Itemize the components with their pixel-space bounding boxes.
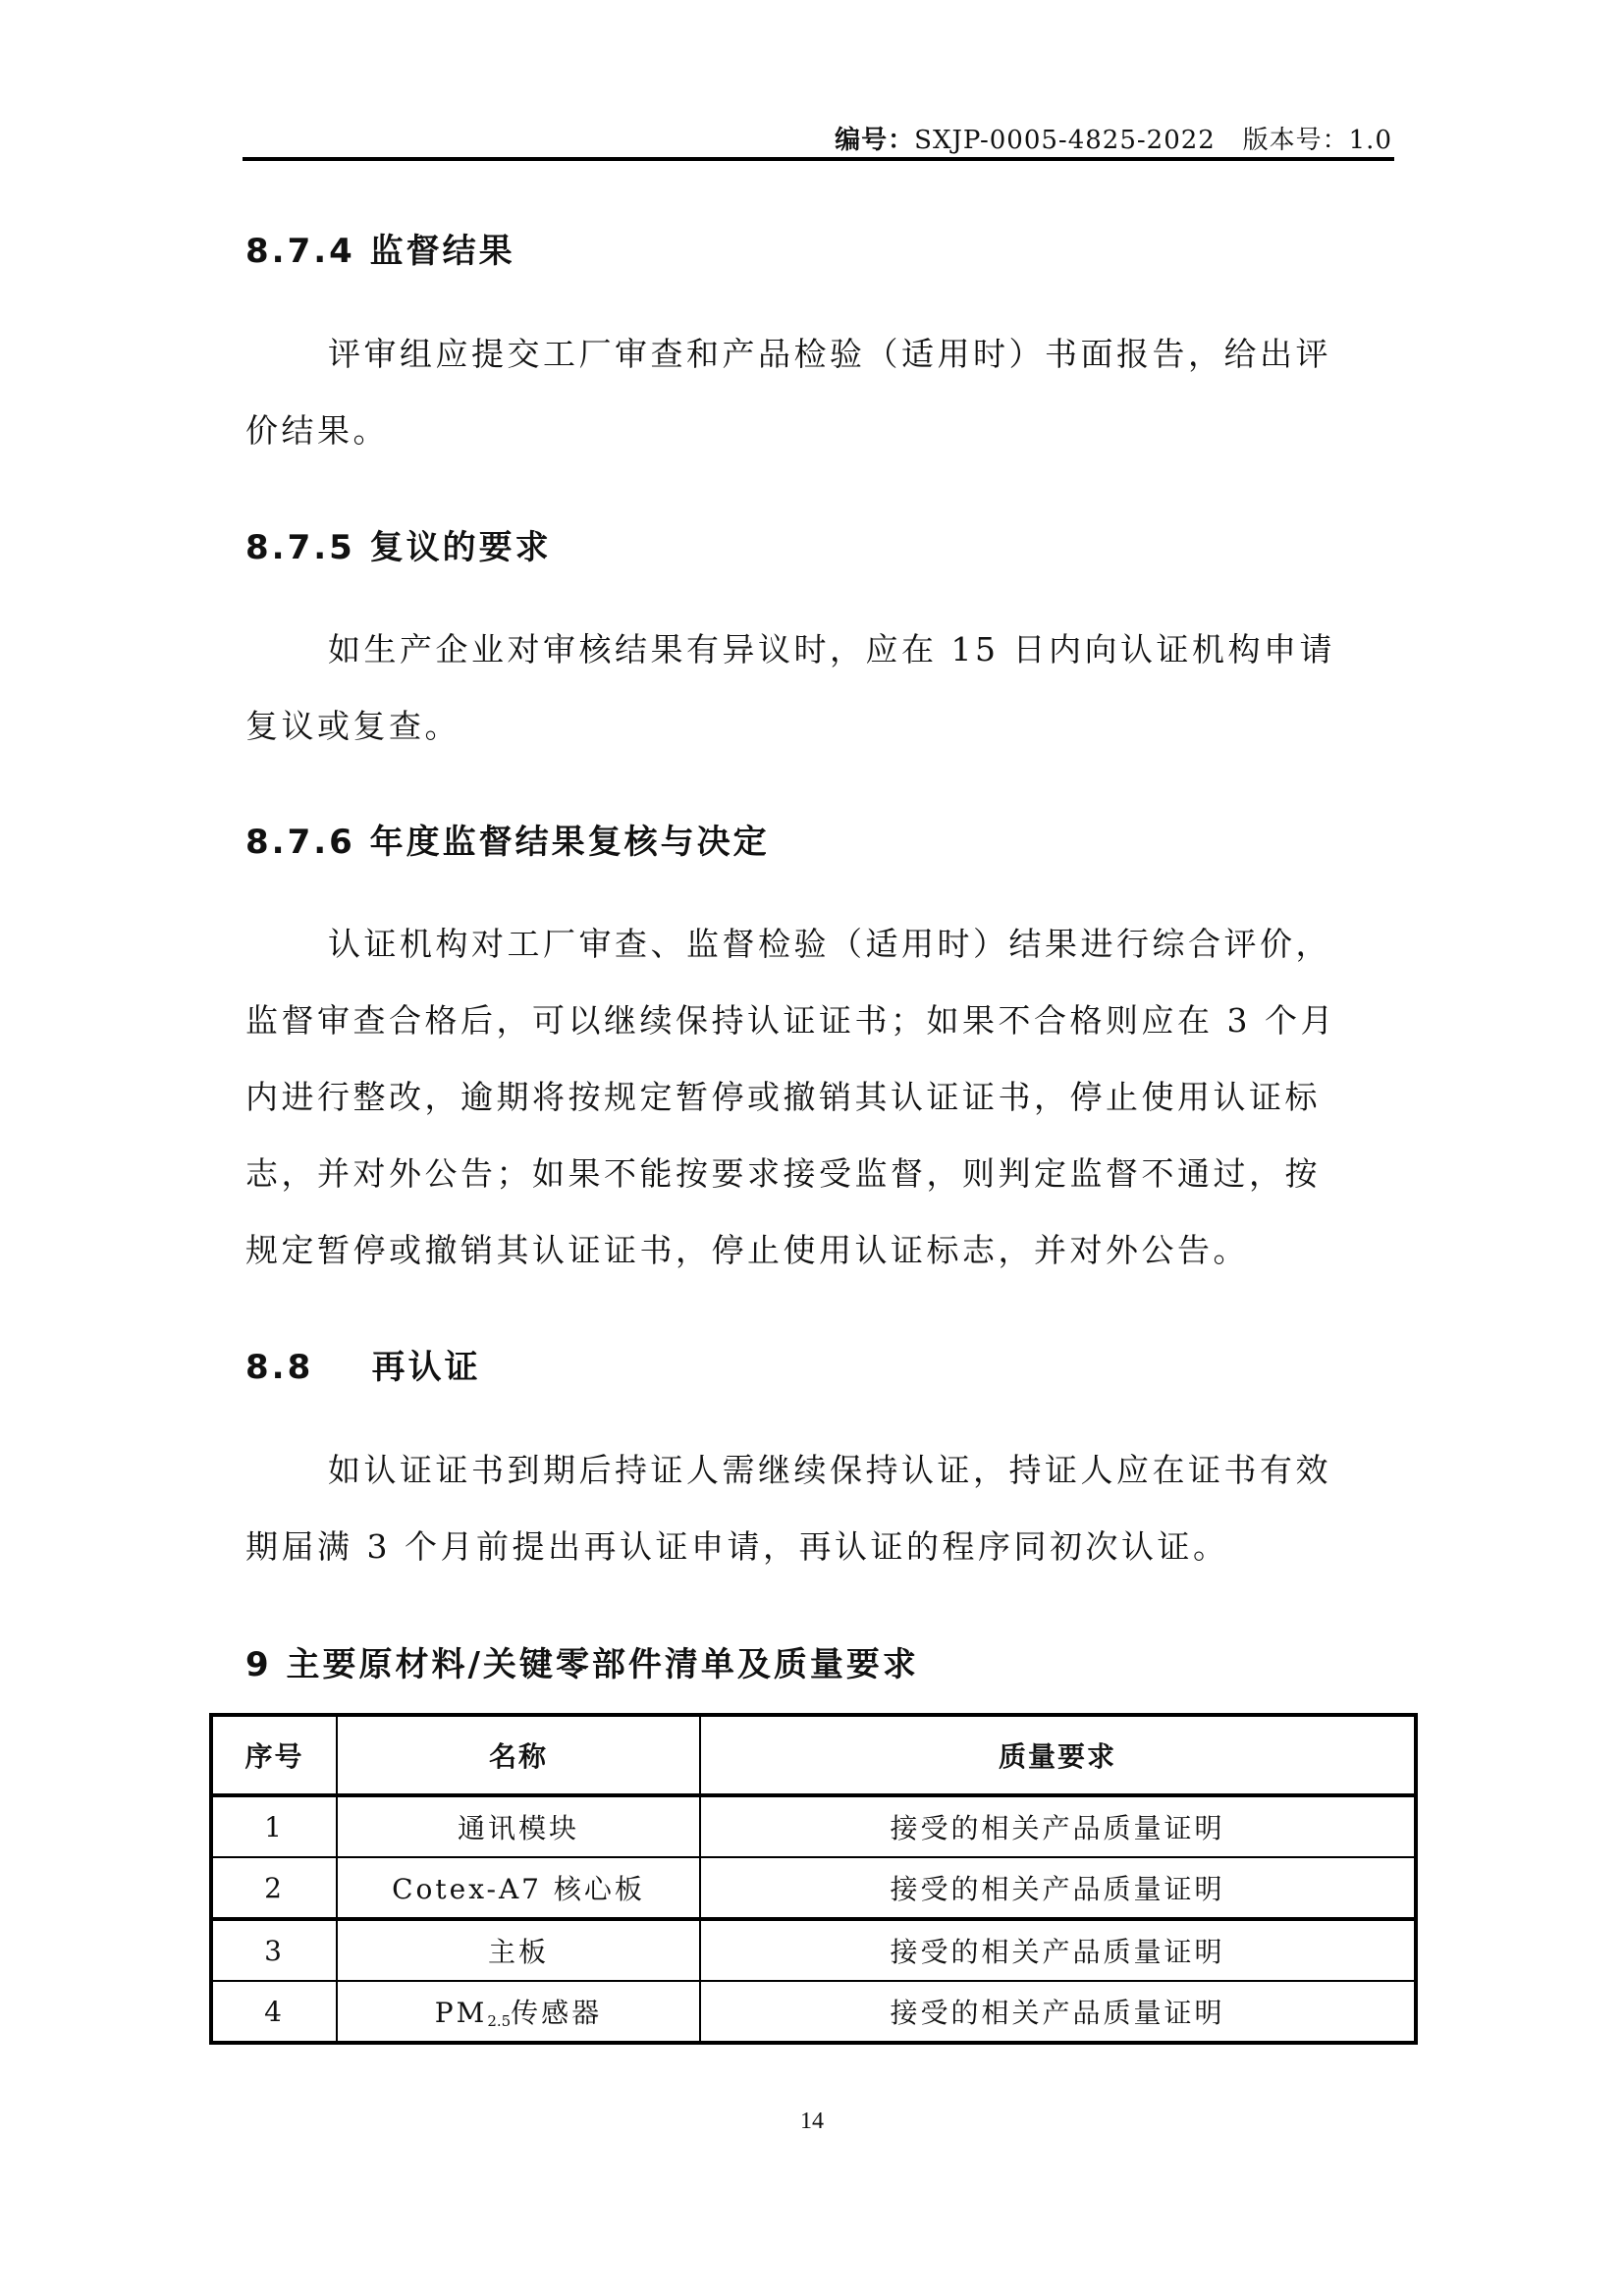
table-row: 3 主板 接受的相关产品质量证明	[211, 1919, 1416, 1981]
body-line: 志，并对外公告；如果不能按要求接受监督，则判定监督不通过，按	[245, 1136, 1394, 1212]
body-line: 价结果。	[245, 393, 1394, 469]
column-header-name: 名称	[337, 1715, 700, 1795]
cell-requirement: 接受的相关产品质量证明	[700, 1857, 1416, 1919]
section-heading-9: 9 主要原材料/关键零部件清单及质量要求	[245, 1637, 919, 1685]
body-line: 认证机构对工厂审查、监督检验（适用时）结果进行综合评价，	[245, 906, 1394, 983]
column-header-no: 序号	[211, 1715, 337, 1795]
body-line: 规定暂停或撤销其认证证书，停止使用认证标志，并对外公告。	[245, 1212, 1394, 1289]
header-rule	[243, 157, 1394, 161]
cell-name: 主板	[337, 1919, 700, 1981]
doc-number-label: 编号：	[835, 126, 914, 155]
cell-name: PM2.5传感器	[337, 1981, 700, 2043]
body-line: 内进行整改，逾期将按规定暂停或撤销其认证证书，停止使用认证标	[245, 1059, 1394, 1136]
section-heading-8-7-4: 8.7.4 监督结果	[245, 224, 515, 272]
section-heading-8-7-5: 8.7.5 复议的要求	[245, 520, 552, 568]
parts-table: 序号 名称 质量要求 1 通讯模块 接受的相关产品质量证明 2 Cotex-A7…	[209, 1713, 1418, 2045]
column-header-requirement: 质量要求	[700, 1715, 1416, 1795]
cell-name: 通讯模块	[337, 1795, 700, 1857]
body-line: 期届满 3 个月前提出再认证申请，再认证的程序同初次认证。	[245, 1509, 1394, 1585]
doc-id-line: 编号：SXJP-0005-4825-2022 版本号：1.0	[835, 120, 1392, 156]
cell-no: 4	[211, 1981, 337, 2043]
cell-no: 3	[211, 1919, 337, 1981]
name-prefix: PM	[435, 1997, 488, 2029]
cell-requirement: 接受的相关产品质量证明	[700, 1919, 1416, 1981]
section-body-8-8: 如认证证书到期后持证人需继续保持认证，持证人应在证书有效 期届满 3 个月前提出…	[245, 1432, 1394, 1585]
cell-name: Cotex-A7 核心板	[337, 1857, 700, 1919]
body-line: 监督审查合格后，可以继续保持认证证书；如果不合格则应在 3 个月	[245, 983, 1394, 1059]
name-suffix: 传感器	[511, 1997, 602, 2029]
cell-requirement: 接受的相关产品质量证明	[700, 1795, 1416, 1857]
body-line: 如认证证书到期后持证人需继续保持认证，持证人应在证书有效	[245, 1432, 1394, 1509]
section-heading-8-8: 8.8 再认证	[245, 1340, 481, 1388]
page-number: 14	[0, 2109, 1624, 2135]
cell-requirement: 接受的相关产品质量证明	[700, 1981, 1416, 2043]
version-value: 1.0	[1349, 126, 1392, 155]
name-subscript: 2.5	[487, 2012, 511, 2030]
doc-number-value: SXJP-0005-4825-2022	[914, 126, 1216, 155]
section-body-8-7-4: 评审组应提交工厂审查和产品检验（适用时）书面报告，给出评 价结果。	[245, 316, 1394, 469]
section-heading-8-7-6: 8.7.6 年度监督结果复核与决定	[245, 815, 770, 863]
section-body-8-7-6: 认证机构对工厂审查、监督检验（适用时）结果进行综合评价， 监督审查合格后，可以继…	[245, 906, 1394, 1289]
body-line: 复议或复查。	[245, 688, 1394, 765]
cell-no: 1	[211, 1795, 337, 1857]
table-header-row: 序号 名称 质量要求	[211, 1715, 1416, 1795]
section-body-8-7-5: 如生产企业对审核结果有异议时，应在 15 日内向认证机构申请 复议或复查。	[245, 612, 1394, 765]
body-line: 评审组应提交工厂审查和产品检验（适用时）书面报告，给出评	[245, 316, 1394, 393]
version-label: 版本号：	[1243, 126, 1349, 155]
table-row: 2 Cotex-A7 核心板 接受的相关产品质量证明	[211, 1857, 1416, 1919]
table-row: 4 PM2.5传感器 接受的相关产品质量证明	[211, 1981, 1416, 2043]
body-line: 如生产企业对审核结果有异议时，应在 15 日内向认证机构申请	[245, 612, 1394, 688]
cell-no: 2	[211, 1857, 337, 1919]
table-row: 1 通讯模块 接受的相关产品质量证明	[211, 1795, 1416, 1857]
